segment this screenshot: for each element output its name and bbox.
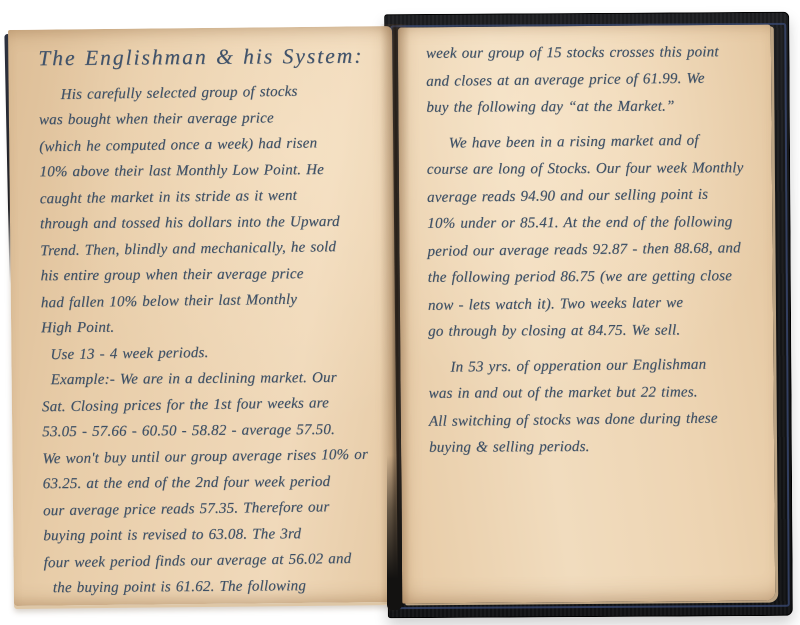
handwritten-line: buy the following day “at the Market.”: [426, 93, 765, 122]
handwritten-line: and closes at an average price of 61.99.…: [426, 65, 765, 96]
handwritten-line: 63.25. at the end of the 2nd four week p…: [43, 469, 389, 498]
handwritten-line: course are long of Stocks. Our four week…: [427, 155, 766, 184]
handwritten-line: Use 13 - 4 week periods.: [41, 337, 387, 368]
handwritten-line: the buying point is 61.62. The following: [44, 573, 390, 602]
handwritten-line: had fallen 10% below their last Monthly: [41, 285, 387, 316]
handwritten-line: We won't buy until our group average ris…: [42, 441, 388, 472]
handwritten-line: The Englishman & his System:: [38, 39, 384, 76]
handwritten-line: was bought when their average price: [39, 105, 385, 134]
handwritten-line: Example:- We are in a declining market. …: [42, 365, 388, 394]
left-page: The Englishman & his System:His carefull…: [8, 26, 398, 606]
handwritten-line: His carefully selected group of stocks: [38, 77, 384, 108]
handwritten-line: buying & selling periods.: [429, 433, 768, 462]
handwritten-line: Trend. Then, blindly and mechanically, h…: [40, 233, 386, 264]
handwritten-line: was in and out of the market but 22 time…: [429, 379, 768, 408]
handwritten-line: Sat. Closing prices for the 1st four wee…: [42, 389, 388, 420]
handwritten-line: his entire group when their average pric…: [40, 261, 386, 290]
handwritten-line: the following period 86.75 (we are getti…: [428, 263, 767, 292]
handwritten-line: go through by closing at 84.75. We sell.: [428, 317, 767, 346]
handwritten-line: caught the market in its stride as it we…: [40, 181, 386, 212]
handwritten-line: 10% above their last Monthly Low Point. …: [39, 157, 385, 186]
handwritten-line: We have been in a rising market and of: [427, 127, 766, 158]
handwritten-line: average reads 94.90 and our selling poin…: [427, 181, 766, 212]
handwritten-line: buying point is revised to 63.08. The 3r…: [43, 521, 389, 550]
handwritten-line: our average price reads 57.35. Therefore…: [43, 493, 389, 524]
handwritten-line: 10% under or 85.41. At the end of the fo…: [427, 209, 766, 238]
open-notebook-photo: The Englishman & his System:His carefull…: [0, 0, 800, 625]
right-page: week our group of 15 stocks crosses this…: [398, 25, 776, 604]
handwritten-line: In 53 yrs. of opperation our Englishman: [428, 351, 767, 382]
right-page-text: week our group of 15 stocks crosses this…: [398, 25, 776, 604]
handwritten-line: All switching of stocks was done during …: [429, 405, 768, 436]
handwritten-line: now - lets watch it). Two weeks later we: [428, 289, 767, 320]
handwritten-line: four week period finds our average at 56…: [43, 545, 389, 576]
handwritten-line: week our group of 15 stocks crosses this…: [426, 39, 765, 68]
left-page-text: The Englishman & his System:His carefull…: [8, 26, 398, 606]
handwritten-line: 53.05 - 57.66 - 60.50 - 58.82 - average …: [42, 417, 388, 446]
handwritten-line: period our average reads 92.87 - then 88…: [427, 235, 766, 266]
handwritten-line: through and tossed his dollars into the …: [40, 209, 386, 238]
handwritten-line: (which he computed once a week) had rise…: [39, 129, 385, 160]
handwritten-line: High Point.: [41, 313, 387, 342]
